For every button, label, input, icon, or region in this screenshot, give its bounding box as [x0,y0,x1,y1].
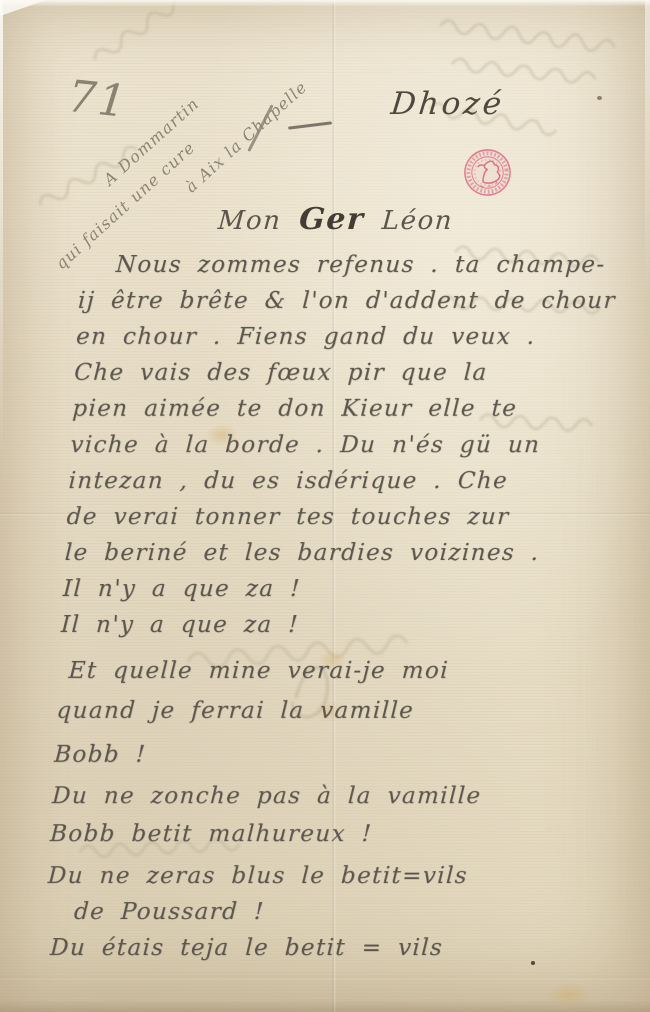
letter-line: de Poussard ! [45,894,619,930]
letter-line: Il n'y a que za ! [60,607,634,643]
letter-line: en chour . Fiens gand du veux . [75,319,649,355]
letter-page: 71 A Dommartin qui faisait une cure à Ai… [0,0,650,1012]
greeting-emphasis: Ger [298,202,365,237]
letter-line: intezan , du es isdérique . Che [68,463,642,499]
paper-edge-top [0,0,650,7]
letter-line: viche à la borde . Du n'és gü un [70,427,644,463]
paper-stain [548,983,590,1007]
dateline: Dhozé [389,86,506,122]
letter-body: Nous zommes refenus . ta champe- ij être… [43,247,650,966]
letter-line: pien aimée te don Kieur elle te [71,391,645,427]
letter-line: Et quelle mine verai-je moi [58,653,632,689]
letter-line: Du ne zonche pas à la vamille [51,778,625,814]
letter-line: quand je ferrai la vamille [56,693,630,729]
letter-line: Il n'y a que za ! [62,571,636,607]
letter-line: Du ne zeras blus le betit=vils [47,858,621,894]
paper-speck [597,96,602,100]
letter-line: Bobb betit malhureux ! [49,816,623,852]
letter-line: Nous zommes refenus . ta champe- [79,247,650,283]
letter-line: de verai tonner tes touches zur [66,499,640,535]
letter-line: Bobb ! [53,737,627,773]
greeting: Mon Ger Léon [217,202,455,237]
greeting-suffix: Léon [381,206,454,236]
bottom-fold-crease [0,976,650,980]
letter-line: le beriné et les bardies voizines . [64,535,638,571]
red-lion-stamp-icon [459,144,517,202]
greeting-prefix: Mon [217,206,283,236]
paper-edge-left [0,0,3,466]
archival-number: 71 [65,71,130,128]
letter-line: Che vais des fœux pir que la [73,355,647,391]
letter-line: Du étais teja le betit = vils [43,930,617,966]
letter-line: ij être brête & l'on d'addent de chour [77,283,650,319]
